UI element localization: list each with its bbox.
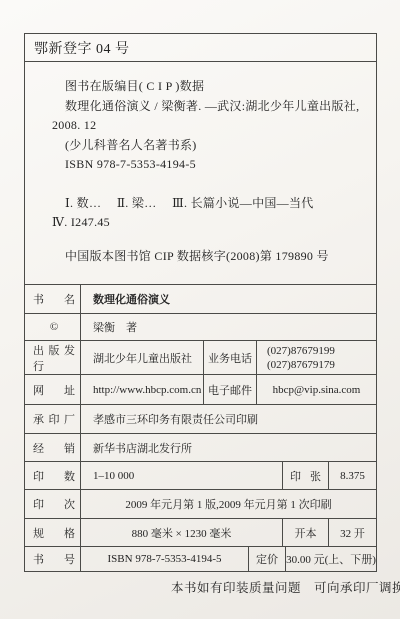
book-title-value: 数理化通俗演义 [81,285,376,313]
edition-label: 印次 [33,496,75,512]
colophon-row-format: 规格 880 毫米 × 1230 毫米 开本 32 开 [25,518,376,546]
isbn-label-cell: 书号 [25,547,81,571]
website-label: 网址 [33,382,75,398]
format-value: 880 毫米 × 1230 毫米 [81,519,283,546]
trim-size-value: 32 开 [329,519,376,546]
email-value: hbcp@vip.sina.com [257,375,376,404]
cip-title-continuation: 2008. 12 [25,116,376,136]
format-label-cell: 规格 [25,519,81,546]
website-value: http://www.hbcp.com.cn [81,375,204,404]
copyright-symbol-cell: © [25,314,81,340]
cip-heading: 图书在版编目( C I P )数据 [25,77,376,97]
business-phone-values: (027)87679199 (027)87679179 [257,341,376,374]
cip-isbn-line: ISBN 978-7-5353-4194-5 [25,155,376,175]
trim-size-label: 开本 [283,519,329,546]
sheets-label: 印张 [285,468,326,484]
colophon-row-book-title: 书名 数理化通俗演义 [25,284,376,313]
business-phone-label: 业务电话 [204,341,257,374]
printer-value: 孝感市三环印务有限责任公司印刷 [81,405,376,433]
cip-series-line: (少儿科普名人名著书系) [25,136,376,156]
printer-label: 承印厂 [33,411,75,427]
sheets-value: 8.375 [329,462,376,489]
book-title-label-cell: 书名 [25,285,81,313]
colophon-row-website: 网址 http://www.hbcp.com.cn 电子邮件 hbcp@vip.… [25,374,376,404]
colophon-row-distributor: 经销 新华书店湖北发行所 [25,433,376,461]
business-phone-2: (027)87679179 [267,358,335,372]
colophon-table: 书名 数理化通俗演义 © 梁衡 著 出版发行 湖北少年儿童出版社 业务电话 (0… [25,284,376,571]
copyright-icon: © [33,321,75,333]
colophon-row-printer: 承印厂 孝感市三环印务有限责任公司印刷 [25,404,376,433]
cip-record-number-line: 中国版本图书馆 CIP 数据核字(2008)第 179890 号 [25,247,376,267]
publisher-label-cell: 出版发行 [25,341,81,374]
price-value: 30.00 元(上、下册) [286,547,376,571]
edition-label-cell: 印次 [25,490,81,518]
copyright-page-box: 鄂新登字 04 号 图书在版编目( C I P )数据 数理化通俗演义 / 梁衡… [24,33,377,572]
colophon-row-publisher: 出版发行 湖北少年儿童出版社 业务电话 (027)87679199 (027)8… [25,340,376,374]
registration-label: 鄂新登字 04 号 [34,38,130,58]
quality-notice: 本书如有印装质量问题 可向承印厂调换 [171,578,400,596]
distributor-label-cell: 经销 [25,434,81,461]
print-run-label-cell: 印数 [25,462,81,489]
print-run-label: 印数 [33,468,75,484]
printer-label-cell: 承印厂 [25,405,81,433]
author-value: 梁衡 著 [81,314,376,340]
website-label-cell: 网址 [25,375,81,404]
edition-value: 2009 年元月第 1 版,2009 年元月第 1 次印刷 [81,490,376,518]
cip-classification-line1: Ⅰ. 数… Ⅱ. 梁… Ⅲ. 长篇小说—中国—当代 [25,194,376,214]
email-label: 电子邮件 [204,375,257,404]
colophon-row-edition: 印次 2009 年元月第 1 版,2009 年元月第 1 次印刷 [25,489,376,518]
book-title-label: 书名 [33,291,75,307]
price-label: 定价 [249,547,286,571]
colophon-row-print-run: 印数 1–10 000 印张 8.375 [25,461,376,489]
colophon-row-isbn: 书号 ISBN 978-7-5353-4194-5 定价 30.00 元(上、下… [25,546,376,571]
publisher-value: 湖北少年儿童出版社 [81,341,204,374]
sheets-label-cell: 印张 [283,462,329,489]
distributor-label: 经销 [33,440,75,456]
isbn-label: 书号 [33,551,75,567]
format-label: 规格 [33,525,75,541]
registration-header: 鄂新登字 04 号 [25,34,376,62]
cip-section: 图书在版编目( C I P )数据 数理化通俗演义 / 梁衡著. —武汉:湖北少… [25,62,376,284]
publisher-label: 出版发行 [33,342,75,374]
print-run-value: 1–10 000 [81,462,283,489]
isbn-value: ISBN 978-7-5353-4194-5 [81,547,249,571]
distributor-value: 新华书店湖北发行所 [81,434,376,461]
cip-title-line: 数理化通俗演义 / 梁衡著. —武汉:湖北少年儿童出版社, [25,97,376,117]
colophon-row-copyright: © 梁衡 著 [25,313,376,340]
business-phone-1: (027)87679199 [267,344,335,358]
cip-classification-line2: Ⅳ. I247.45 [25,213,376,233]
